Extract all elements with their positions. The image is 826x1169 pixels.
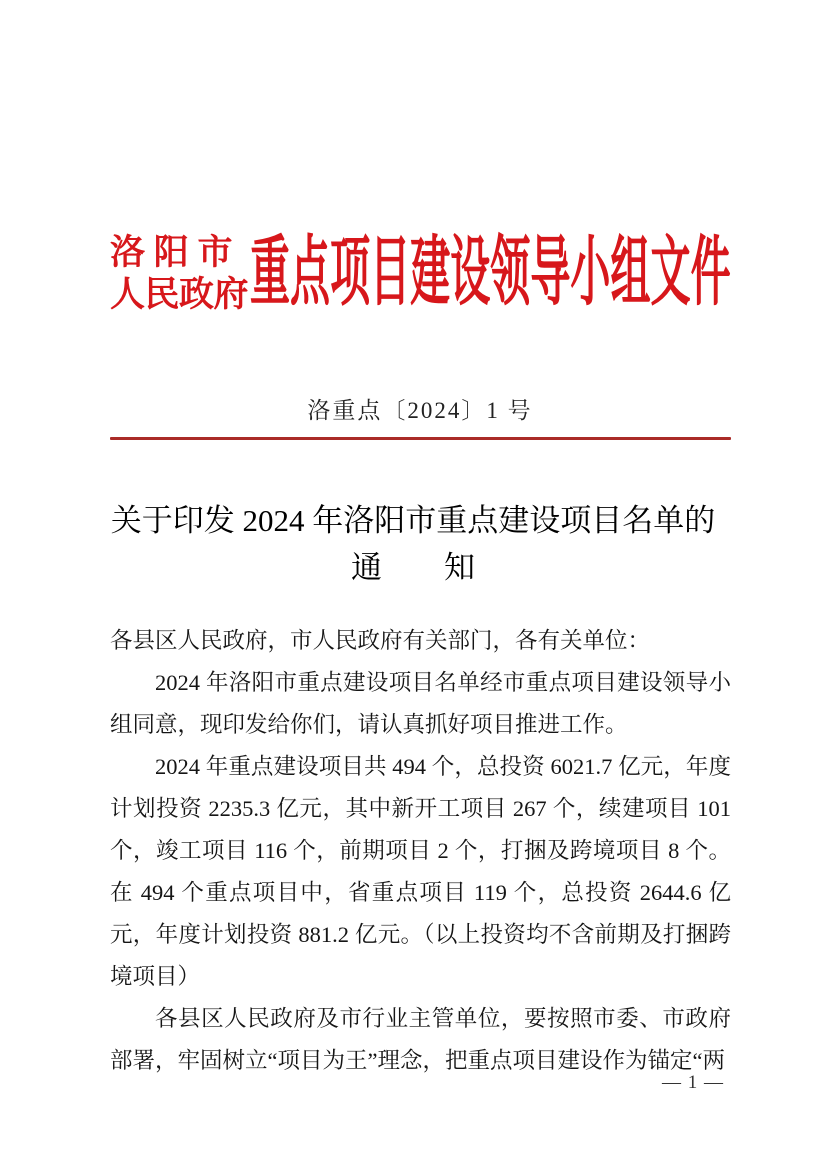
body-paragraph: 2024 年洛阳市重点建设项目名单经市重点项目建设领导小组同意，现印发给你们，请… <box>110 662 731 746</box>
body-paragraph: 2024 年重点建设项目共 494 个，总投资 6021.7 亿元，年度计划投资… <box>110 746 731 998</box>
document-page: 洛 阳 市 人民政府 重点项目建设领导小组文件 洛重点〔2024〕1 号 关于印… <box>0 0 826 1169</box>
document-title-line1: 关于印发 2024 年洛阳市重点建设项目名单的 <box>53 497 773 544</box>
document-title: 关于印发 2024 年洛阳市重点建设项目名单的 通 知 <box>53 497 773 591</box>
org-name-line2: 人民政府 <box>110 273 250 316</box>
letterhead-banner: 洛 阳 市 人民政府 重点项目建设领导小组文件 <box>110 226 732 322</box>
document-body: 各县区人民政府，市人民政府有关部门，各有关单位： 2024 年洛阳市重点建设项目… <box>110 620 731 1082</box>
body-paragraph: 各县区人民政府及市行业主管单位，要按照市委、市政府部署，牢固树立“项目为王”理念… <box>110 998 731 1082</box>
document-number: 洛重点〔2024〕1 号 <box>110 392 730 425</box>
salutation-line: 各县区人民政府，市人民政府有关部门，各有关单位： <box>110 620 731 662</box>
issuing-org-name: 洛 阳 市 人民政府 <box>110 226 250 316</box>
letterhead-headline: 重点项目建设领导小组文件 <box>250 226 504 320</box>
page-number: — 1 — <box>110 1072 724 1094</box>
document-title-line2: 通 知 <box>53 544 773 591</box>
org-name-line1: 洛 阳 市 <box>110 232 250 273</box>
letterhead-headline-wrap: 重点项目建设领导小组文件 <box>250 226 732 320</box>
red-separator-rule <box>110 437 731 440</box>
